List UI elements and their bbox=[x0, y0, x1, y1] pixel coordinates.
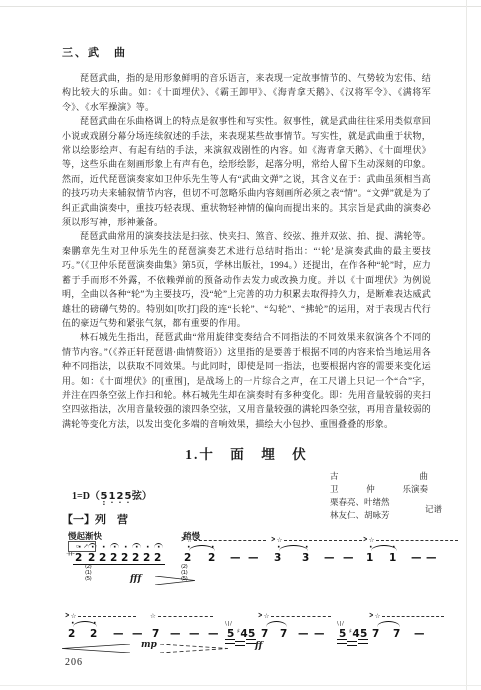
scan-edge-right bbox=[466, 0, 467, 690]
octave-dot: · bbox=[127, 500, 130, 506]
dynamic-mark: fff bbox=[130, 574, 141, 584]
note-token: — bbox=[230, 552, 241, 564]
note-token: 3· bbox=[302, 552, 309, 564]
performer-char: 仲 bbox=[366, 483, 375, 496]
section-heading: 三、武 曲 bbox=[62, 44, 431, 60]
tremolo-star: ☆ bbox=[375, 613, 381, 619]
roll-mark: ☆ bbox=[149, 613, 213, 619]
octave-dot: · bbox=[305, 546, 308, 551]
note-glyph: — bbox=[298, 628, 309, 640]
note-glyph: 3 bbox=[274, 552, 281, 564]
tuning-suffix: 弦） bbox=[132, 491, 152, 502]
note-token: — bbox=[414, 628, 425, 640]
note-token: 1· bbox=[389, 552, 396, 564]
octave-dot: · bbox=[119, 500, 122, 506]
body-text: 三、武 曲 琵琶武曲，指的是用形象鲜明的音乐语言，来表现一定故事情节的、气势较为… bbox=[62, 44, 431, 431]
tremolo-dash-line bbox=[382, 616, 444, 617]
octave-dot: · bbox=[211, 546, 214, 551]
note-glyph: — bbox=[411, 552, 422, 564]
decrescendo-hairpin bbox=[160, 644, 228, 653]
page-number: 206 bbox=[65, 657, 83, 668]
tuning-string-digit: 5: bbox=[100, 491, 108, 502]
technique-icon: ↗ bbox=[83, 544, 88, 550]
note-glyph: 2 bbox=[88, 552, 95, 564]
note-token: 2· bbox=[99, 552, 106, 564]
tempo-mark: 稍慢 bbox=[183, 530, 200, 542]
tuning-string-digit: 1· bbox=[108, 491, 116, 502]
note-token: — bbox=[170, 628, 181, 640]
beam-line bbox=[358, 639, 368, 644]
note-glyph: — bbox=[132, 628, 143, 640]
credit-source-right: 曲 bbox=[419, 470, 428, 483]
performer-char: 卫 bbox=[330, 483, 339, 496]
note-glyph: — bbox=[230, 552, 241, 564]
note-token: 5 bbox=[360, 628, 367, 640]
note-token: 5\ǀ/ bbox=[227, 628, 234, 640]
tremolo-star: ☆ bbox=[277, 537, 283, 543]
note-token: 1·>☆ bbox=[366, 552, 373, 564]
tie-arc bbox=[154, 543, 163, 548]
note-glyph: 2 bbox=[99, 552, 106, 564]
note-glyph: — bbox=[170, 628, 181, 640]
note-token: 3·>☆ bbox=[274, 552, 281, 564]
beam-line bbox=[347, 641, 357, 646]
note-glyph: — bbox=[208, 628, 219, 640]
slur-arc bbox=[377, 621, 400, 627]
note-glyph: 2 bbox=[110, 552, 117, 564]
octave-dot: · bbox=[124, 546, 127, 551]
chord-notes: (2)(1)(5) bbox=[85, 565, 91, 582]
note-token: 2·>☆ bbox=[68, 628, 75, 640]
octave-dot: · bbox=[392, 546, 395, 551]
tremolo-dash-line bbox=[271, 616, 331, 617]
note-glyph: — bbox=[414, 628, 425, 640]
tremolo-star: ☆ bbox=[369, 537, 375, 543]
note-token: 7>☆ bbox=[261, 628, 268, 640]
beam-line bbox=[225, 639, 235, 644]
tuning-indication: 1=D（5:1·2·5·弦） bbox=[72, 487, 152, 502]
paragraph: 林石城先生指出，琵琶武曲“常用旋律变奏结合不同指法的不同效果来叙演各个不同的情节… bbox=[62, 330, 431, 431]
credit-source-left: 古 bbox=[330, 470, 339, 483]
roll-mark: >☆ bbox=[65, 613, 136, 619]
note-glyph: 2 bbox=[132, 552, 139, 564]
roll-mark: >☆ bbox=[363, 537, 458, 543]
beam-line bbox=[152, 564, 165, 565]
tuning-string-digit: 5· bbox=[124, 491, 132, 502]
note-token: 5 bbox=[248, 628, 255, 640]
note-glyph: — bbox=[248, 552, 259, 564]
score-credits: 古 曲 卫 仲 乐演奏 栗春亮、叶绪然 林友仁、胡咏芳 记谱 bbox=[330, 470, 442, 522]
note-token: — bbox=[132, 628, 143, 640]
beam-line bbox=[235, 641, 245, 646]
credit-transcribers: 栗春亮、叶绪然 林友仁、胡咏芳 记谱 bbox=[330, 496, 442, 522]
note-token: 7 bbox=[393, 628, 400, 640]
note-glyph: 2 bbox=[75, 552, 82, 564]
tremolo-dash-line bbox=[78, 616, 136, 617]
technique-symbol-box: ○↗ bbox=[68, 541, 96, 552]
transcribe-label: 记谱 bbox=[425, 503, 442, 516]
transcriber-names: 栗春亮、叶绪然 林友仁、胡咏芳 bbox=[330, 496, 423, 522]
note-token: 艹 bbox=[66, 552, 75, 564]
note-token: 7>☆ bbox=[372, 628, 379, 640]
strum-rays-icon: \ǀ/ bbox=[337, 618, 345, 630]
note-glyph: 1 bbox=[389, 552, 396, 564]
tremolo-star: ☆ bbox=[264, 613, 270, 619]
tremolo-dash-line bbox=[158, 616, 213, 617]
note-glyph: — bbox=[324, 552, 335, 564]
note-glyph: 2 bbox=[208, 552, 215, 564]
transcriber-line: 林友仁、胡咏芳 bbox=[330, 509, 423, 522]
octave-dot: · bbox=[146, 546, 149, 551]
note-token: 2·(2)(1)(5) bbox=[88, 552, 95, 564]
tremolo-star: ☆ bbox=[150, 613, 156, 619]
note-glyph: 7 bbox=[280, 628, 287, 640]
note-glyph: 7 bbox=[372, 628, 379, 640]
book-page: 三、武 曲 琵琶武曲，指的是用形象鲜明的音乐语言，来表现一定故事情节的、气势较为… bbox=[0, 0, 481, 690]
note-glyph: — bbox=[113, 628, 124, 640]
note-token: 5\ǀ/ bbox=[339, 628, 346, 640]
note-glyph: 7 bbox=[393, 628, 400, 640]
octave-dot: : bbox=[103, 500, 106, 506]
performer-suffix: 乐演奏 bbox=[402, 483, 428, 496]
roll-mark: >☆ bbox=[258, 613, 331, 619]
note-glyph: 7 bbox=[261, 628, 268, 640]
note-glyph: 3 bbox=[302, 552, 309, 564]
tremolo-star: ☆ bbox=[71, 613, 77, 619]
paragraph: 琵琶武曲，指的是用形象鲜明的音乐语言，来表现一定故事情节的、气势较为宏伟、结构比… bbox=[62, 71, 431, 114]
note-token: 2· bbox=[75, 552, 82, 564]
note-token: — bbox=[343, 552, 354, 564]
note-token: — bbox=[208, 628, 219, 640]
note-token: 2· bbox=[143, 552, 150, 564]
accent-mark: > bbox=[258, 612, 263, 620]
note-token: 2· bbox=[132, 552, 139, 564]
accent-mark: > bbox=[65, 612, 70, 620]
beam-line bbox=[337, 639, 347, 644]
tie-arc bbox=[132, 543, 141, 548]
note-glyph: — bbox=[426, 552, 437, 564]
note-glyph: 7 bbox=[152, 628, 159, 640]
note-token: 7☆ bbox=[152, 628, 159, 640]
tremolo-dash-line bbox=[284, 540, 362, 541]
note-token: — bbox=[298, 628, 309, 640]
dynamic-mark: ff bbox=[255, 641, 262, 651]
note-token: — bbox=[189, 628, 200, 640]
note-token: — bbox=[113, 628, 124, 640]
accent-mark: > bbox=[271, 536, 276, 544]
decrescendo-hairpin bbox=[155, 576, 195, 585]
octave-dot: · bbox=[111, 500, 114, 506]
credit-source: 古 曲 bbox=[330, 470, 428, 483]
note-token: 2· bbox=[90, 628, 97, 640]
note-glyph: — bbox=[343, 552, 354, 564]
scan-edge-bottom bbox=[0, 685, 481, 686]
roll-mark: >☆ bbox=[369, 613, 444, 619]
dynamic-mark: mp bbox=[141, 640, 157, 650]
note-token: — bbox=[324, 552, 335, 564]
notation: 艹2·2·(2)(1)(5)2·2·2·2·2·2·2·>☆(2)(1)(5)2… bbox=[62, 530, 462, 670]
tuning-prefix: 1=D（ bbox=[72, 491, 100, 502]
tremolo-dash-line bbox=[194, 540, 266, 541]
paragraph: 琵琶武曲在乐曲格调上的特点是叙事性和写实性。叙事性，就是武曲往往采用类似章回小说… bbox=[62, 114, 431, 229]
paragraph: 琵琶武曲常用的演奏技法是扫弦、快夹扫、煞音、绞弦、推并双弦、拍、提、满轮等。秦鹏… bbox=[62, 229, 431, 330]
octave-dot: · bbox=[93, 622, 96, 627]
roll-mark: >☆ bbox=[271, 537, 362, 543]
note-token: 2· bbox=[121, 552, 128, 564]
tuning-strings: 5:1·2·5· bbox=[100, 491, 132, 502]
tremolo-dash-line bbox=[376, 540, 458, 541]
note-glyph: 2 bbox=[90, 628, 97, 640]
accent-mark: > bbox=[363, 536, 368, 544]
note-glyph: 艹 bbox=[66, 553, 75, 563]
crescendo-hairpin bbox=[62, 644, 130, 653]
note-glyph: 2 bbox=[154, 552, 161, 564]
strum-rays-icon: \ǀ/ bbox=[225, 618, 233, 630]
scan-edge-top bbox=[0, 6, 481, 7]
note-token: 2·>☆(2)(1)(5) bbox=[184, 552, 191, 564]
note-glyph: 2 bbox=[143, 552, 150, 564]
credit-performer: 卫 仲 乐演奏 bbox=[330, 483, 428, 496]
note-token: 7 bbox=[280, 628, 287, 640]
transcriber-line: 栗春亮、叶绪然 bbox=[330, 496, 423, 509]
slur-arc bbox=[266, 621, 287, 627]
note-token: 2· bbox=[110, 552, 117, 564]
note-glyph: 2 bbox=[184, 552, 191, 564]
tuning-string-digit: 2· bbox=[116, 491, 124, 502]
movement-label: 【一】列 营 bbox=[62, 511, 128, 527]
note-glyph: — bbox=[189, 628, 200, 640]
piece-title: 1.十 面 埋 伏 bbox=[62, 443, 431, 463]
tie-arc bbox=[110, 543, 119, 548]
note-glyph: — bbox=[314, 628, 325, 640]
accent-mark: > bbox=[369, 612, 374, 620]
slur-arc bbox=[279, 545, 308, 551]
octave-dot: · bbox=[102, 546, 105, 551]
technique-icon: ○ bbox=[76, 544, 80, 550]
note-token: — bbox=[411, 552, 422, 564]
chord-note: (5) bbox=[85, 577, 91, 583]
note-glyph: 1 bbox=[366, 552, 373, 564]
note-token: — bbox=[426, 552, 437, 564]
note-token: 2· bbox=[208, 552, 215, 564]
note-glyph: 2 bbox=[121, 552, 128, 564]
note-token: — bbox=[248, 552, 259, 564]
note-glyph: 2 bbox=[68, 628, 75, 640]
note-token: — bbox=[314, 628, 325, 640]
note-token: 2· bbox=[154, 552, 161, 564]
